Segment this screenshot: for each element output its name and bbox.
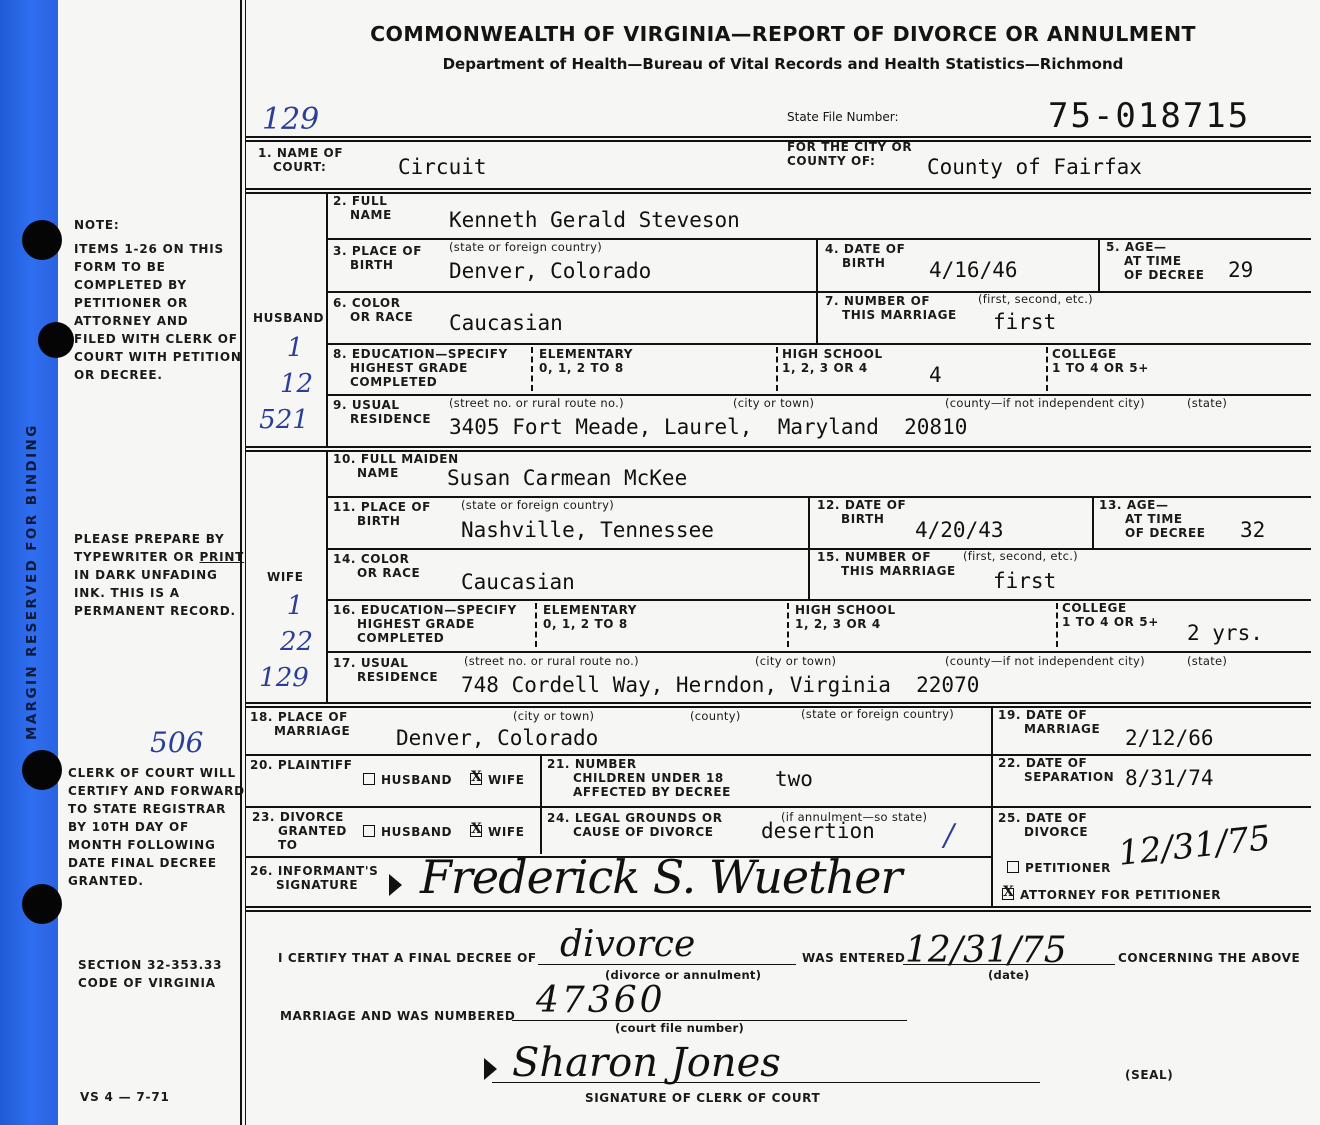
- label-line: MARRIAGE: [998, 722, 1100, 736]
- rule: [245, 754, 1311, 756]
- date-of-marriage-label: 19. DATE OF MARRIAGE: [998, 708, 1100, 736]
- divorce-date-value: 12/31/75: [1116, 818, 1272, 874]
- label-line: THIS MARRIAGE: [825, 308, 957, 322]
- dashed-divider: [787, 603, 789, 647]
- label-line: 10. FULL MAIDEN: [333, 452, 459, 466]
- label-line: THIS MARRIAGE: [817, 564, 956, 578]
- note-line: PERMANENT RECORD.: [74, 602, 244, 620]
- label-line: 12. DATE OF: [817, 498, 906, 512]
- col-divider: [1098, 238, 1100, 292]
- note-line: OR DECREE.: [74, 366, 242, 384]
- court-label: 1. NAME OF COURT:: [258, 146, 343, 174]
- label-line: OF DECREE: [1099, 526, 1206, 540]
- role-petitioner-option[interactable]: PETITIONER: [1007, 861, 1111, 875]
- note-line: COMPLETED BY: [74, 276, 242, 294]
- top-code-annotation: 129: [262, 102, 319, 137]
- wife-marriage-number-hint: (first, second, etc.): [963, 549, 1078, 563]
- residence-hint-street: (street no. or rural route no.): [464, 654, 639, 668]
- label-line: 1, 2, 3 OR 4: [795, 617, 896, 631]
- husband-birthplace-value: Denver, Colorado: [449, 259, 651, 283]
- entered-date-hint: (date): [988, 968, 1030, 982]
- rule: [326, 291, 1311, 293]
- role-petitioner-checkbox[interactable]: [1007, 861, 1019, 873]
- label-line: 24. LEGAL GROUNDS OR: [547, 811, 723, 825]
- label-line: DIVORCE: [998, 825, 1088, 839]
- plaintiff-wife-option[interactable]: WIFE: [470, 773, 525, 787]
- county-label: FOR THE CITY OR COUNTY OF:: [787, 140, 912, 168]
- col-divider: [540, 754, 542, 854]
- seal-label: (SEAL): [1125, 1068, 1173, 1082]
- option-label: WIFE: [488, 825, 525, 839]
- label-line: 21. NUMBER: [547, 757, 731, 771]
- form-code: VS 4 — 7-71: [80, 1088, 170, 1106]
- plaintiff-wife-checkbox[interactable]: [470, 773, 482, 785]
- residence-hint-state: (state): [1187, 396, 1227, 410]
- residence-hint-street: (street no. or rural route no.): [449, 396, 624, 410]
- husband-education-label: 8. EDUCATION—SPECIFY HIGHEST GRADE COMPL…: [333, 347, 508, 389]
- label-line: 25. DATE OF: [998, 811, 1088, 825]
- court-file-number-hint: (court file number): [615, 1021, 744, 1035]
- code: 22: [280, 624, 310, 660]
- plaintiff-label: 20. PLAINTIFF: [250, 758, 353, 772]
- marriage-hint-county: (county): [690, 709, 741, 723]
- label-line: BIRTH: [333, 258, 422, 272]
- signature-arrow-icon: [389, 874, 402, 896]
- option-label: PETITIONER: [1025, 861, 1111, 875]
- label-line: 1. NAME OF: [258, 146, 343, 160]
- label-line: 0, 1, 2 TO 8: [543, 617, 637, 631]
- label-line: HIGH SCHOOL: [782, 347, 883, 361]
- clerk-signature-label: SIGNATURE OF CLERK OF COURT: [585, 1091, 820, 1105]
- state-file-number: 75-018715: [1048, 96, 1250, 136]
- option-label: WIFE: [488, 773, 525, 787]
- label-line: 8. EDUCATION—SPECIFY: [333, 347, 508, 361]
- note-line: FILED WITH CLERK OF: [74, 330, 242, 348]
- label-line: BIRTH: [817, 512, 906, 526]
- col-divider: [1092, 496, 1094, 548]
- wife-marriage-number-value: first: [993, 569, 1056, 593]
- wife-dob-value: 4/20/43: [915, 518, 1004, 542]
- husband-race-label: 6. COLOR OR RACE: [333, 296, 413, 324]
- informant-signature[interactable]: Frederick S. Wuether: [420, 850, 901, 904]
- label-line: 15. NUMBER OF: [817, 550, 956, 564]
- note-line: ITEMS 1-26 ON THIS: [74, 240, 242, 258]
- dashed-divider: [535, 603, 537, 647]
- role-attorney-checkbox[interactable]: [1002, 888, 1014, 900]
- wife-dob-label: 12. DATE OF BIRTH: [817, 498, 906, 526]
- code: 1: [280, 330, 310, 366]
- label-line: OF DECREE: [1106, 268, 1205, 282]
- wife-birthplace-label: 11. PLACE OF BIRTH: [333, 500, 431, 528]
- husband-highschool-label: HIGH SCHOOL 1, 2, 3 OR 4: [782, 347, 883, 375]
- separation-label: 22. DATE OF SEPARATION: [998, 756, 1114, 784]
- label-line: RESIDENCE: [333, 670, 438, 684]
- county-value: County of Fairfax: [927, 155, 1142, 179]
- husband-birthplace-hint: (state or foreign country): [449, 240, 602, 254]
- label-line: 5. AGE—: [1106, 240, 1205, 254]
- husband-age-value: 29: [1228, 258, 1253, 282]
- note-line: BY 10TH DAY OF: [68, 818, 245, 836]
- rule: [245, 702, 1311, 708]
- wife-code-annotations: 1 22 129: [280, 588, 310, 696]
- label-line: OR RACE: [333, 566, 420, 580]
- wife-education-label: 16. EDUCATION—SPECIFY HIGHEST GRADE COMP…: [333, 603, 517, 645]
- label-line: 7. NUMBER OF: [825, 294, 957, 308]
- residence-hint-state: (state): [1187, 654, 1227, 668]
- punch-hole-icon: [22, 750, 62, 790]
- husband-code-annotations: 1 12 521: [280, 330, 310, 438]
- place-of-marriage-label: 18. PLACE OF MARRIAGE: [250, 710, 350, 738]
- label-line: AFFECTED BY DECREE: [547, 785, 731, 799]
- date-of-marriage-value: 2/12/66: [1125, 726, 1214, 750]
- note-line: TYPEWRITER OR: [74, 550, 194, 564]
- dashed-divider: [1046, 347, 1048, 391]
- wife-elementary-label: ELEMENTARY 0, 1, 2 TO 8: [543, 603, 637, 631]
- granted-to-label: 23. DIVORCE GRANTED TO: [252, 810, 347, 852]
- husband-residence-value: 3405 Fort Meade, Laurel, Maryland 20810: [449, 415, 967, 439]
- husband-name-label: 2. FULL NAME: [333, 194, 392, 222]
- husband-highschool-value: 4: [929, 363, 942, 387]
- note-line: SECTION 32-353.33: [78, 956, 222, 974]
- grounds-value: desertion: [761, 819, 875, 843]
- note-line: IN DARK UNFADING: [74, 566, 244, 584]
- binding-margin-label: MARGIN RESERVED FOR BINDING: [24, 423, 40, 740]
- wife-college-label: COLLEGE 1 TO 4 OR 5+: [1062, 601, 1159, 629]
- clerk-signature-arrow-icon: [484, 1058, 497, 1080]
- dashed-divider: [1056, 603, 1058, 647]
- option-label: HUSBAND: [381, 773, 452, 787]
- label-line: 9. USUAL: [333, 398, 431, 412]
- label-line: ELEMENTARY: [539, 347, 633, 361]
- punch-hole-icon: [38, 322, 74, 358]
- label-line: TO: [252, 838, 347, 852]
- code: 1: [280, 588, 310, 624]
- role-attorney-option[interactable]: ATTORNEY FOR PETITIONER: [1002, 888, 1221, 902]
- note-line: CODE OF VIRGINIA: [78, 974, 222, 992]
- certify-text-4: MARRIAGE AND WAS NUMBERED: [280, 1009, 515, 1023]
- husband-name-value: Kenneth Gerald Steveson: [449, 208, 740, 232]
- clerk-code-annotation: 506: [150, 726, 203, 759]
- plaintiff-husband-checkbox[interactable]: [363, 773, 375, 785]
- punch-hole-icon: [22, 884, 62, 924]
- dashed-divider: [531, 347, 533, 391]
- rule: [326, 599, 1311, 601]
- wife-age-label: 13. AGE— AT TIME OF DECREE: [1099, 498, 1206, 540]
- prepare-instructions: PLEASE PREPARE BY TYPEWRITER OR PRINT IN…: [74, 530, 244, 620]
- note-line: ATTORNEY AND: [74, 312, 242, 330]
- husband-college-label: COLLEGE 1 TO 4 OR 5+: [1052, 347, 1149, 375]
- punch-hole-icon: [22, 220, 62, 260]
- wife-race-label: 14. COLOR OR RACE: [333, 552, 420, 580]
- label-line: 18. PLACE OF: [250, 710, 350, 724]
- husband-elementary-label: ELEMENTARY 0, 1, 2 TO 8: [539, 347, 633, 375]
- label-line: NAME: [333, 466, 459, 480]
- rule: [245, 906, 1311, 912]
- label-line: SEPARATION: [998, 770, 1114, 784]
- plaintiff-husband-option[interactable]: HUSBAND: [363, 773, 452, 787]
- grounds-label: 24. LEGAL GROUNDS OR CAUSE OF DIVORCE: [547, 811, 723, 839]
- divorce-date-label: 25. DATE OF DIVORCE: [998, 811, 1088, 839]
- label-line: HIGH SCHOOL: [795, 603, 896, 617]
- label-line: 13. AGE—: [1099, 498, 1206, 512]
- label-line: BIRTH: [333, 514, 431, 528]
- note-line: PETITIONER OR: [74, 294, 242, 312]
- section-divider: [326, 450, 328, 704]
- entered-date-value[interactable]: 12/31/75: [905, 930, 1067, 971]
- husband-marriage-number-label: 7. NUMBER OF THIS MARRIAGE: [825, 294, 957, 322]
- dashed-divider: [776, 347, 778, 391]
- state-file-label: State File Number:: [787, 110, 899, 124]
- note-line: PLEASE PREPARE BY: [74, 530, 244, 548]
- label-line: COUNTY OF:: [787, 154, 912, 168]
- label-line: 1 TO 4 OR 5+: [1052, 361, 1149, 375]
- label-line: 0, 1, 2 TO 8: [539, 361, 633, 375]
- wife-residence-label: 17. USUAL RESIDENCE: [333, 656, 438, 684]
- wife-birthplace-value: Nashville, Tennessee: [461, 518, 714, 542]
- husband-dob-label: 4. DATE OF BIRTH: [825, 242, 905, 270]
- label-line: HIGHEST GRADE: [333, 361, 508, 375]
- label-line: 6. COLOR: [333, 296, 413, 310]
- note-line: TO STATE REGISTRAR: [68, 800, 245, 818]
- husband-section-label: HUSBAND: [253, 311, 324, 325]
- label-line: COLLEGE: [1052, 347, 1149, 361]
- rule: [245, 136, 1311, 142]
- husband-residence-label: 9. USUAL RESIDENCE: [333, 398, 431, 426]
- form-subtitle: Department of Health—Bureau of Vital Rec…: [246, 55, 1320, 73]
- label-line: SIGNATURE: [250, 878, 378, 892]
- rule: [326, 343, 1311, 345]
- residence-hint-city: (city or town): [733, 396, 814, 410]
- instructions-note: NOTE: ITEMS 1-26 ON THIS FORM TO BE COMP…: [74, 216, 242, 384]
- place-of-marriage-value: Denver, Colorado: [396, 726, 598, 750]
- marriage-hint-city: (city or town): [513, 709, 594, 723]
- label-line: NAME: [333, 208, 392, 222]
- section-reference: SECTION 32-353.33 CODE OF VIRGINIA: [78, 956, 222, 992]
- note-line: GRANTED.: [68, 872, 245, 890]
- label-line: 3. PLACE OF: [333, 244, 422, 258]
- label-line: COLLEGE: [1062, 601, 1159, 615]
- label-line: 4. DATE OF: [825, 242, 905, 256]
- label-line: COMPLETED: [333, 631, 517, 645]
- children-label: 21. NUMBER CHILDREN UNDER 18 AFFECTED BY…: [547, 757, 731, 799]
- label-line: 1 TO 4 OR 5+: [1062, 615, 1159, 629]
- label-line: CAUSE OF DIVORCE: [547, 825, 723, 839]
- frame-left-rule: [240, 0, 242, 1125]
- husband-age-label: 5. AGE— AT TIME OF DECREE: [1106, 240, 1205, 282]
- decree-type-value[interactable]: divorce: [560, 924, 695, 965]
- residence-hint-county: (county—if not independent city): [945, 654, 1145, 668]
- husband-marriage-number-hint: (first, second, etc.): [978, 292, 1093, 306]
- section-divider: [326, 192, 328, 446]
- label-line: 14. COLOR: [333, 552, 420, 566]
- label-line: GRANTED: [252, 824, 347, 838]
- wife-section-label: WIFE: [267, 570, 304, 584]
- certify-text-3: CONCERNING THE ABOVE: [1118, 951, 1300, 965]
- label-line: 22. DATE OF: [998, 756, 1114, 770]
- marriage-hint-state: (state or foreign country): [801, 707, 954, 721]
- granted-wife-checkbox[interactable]: [470, 825, 482, 837]
- note-line: MONTH FOLLOWING: [68, 836, 245, 854]
- label-line: CHILDREN UNDER 18: [547, 771, 731, 785]
- granted-husband-option[interactable]: HUSBAND: [363, 825, 452, 839]
- rule: [245, 806, 1311, 808]
- note-line: DATE FINAL DECREE: [68, 854, 245, 872]
- granted-husband-checkbox[interactable]: [363, 825, 375, 837]
- code: 129: [258, 660, 310, 696]
- wife-age-value: 32: [1240, 518, 1265, 542]
- note-title: NOTE:: [74, 216, 242, 234]
- wife-name-value: Susan Carmean McKee: [447, 466, 687, 490]
- note-line: CERTIFY AND FORWARD: [68, 782, 245, 800]
- court-file-number-value[interactable]: 47360: [536, 980, 666, 1021]
- separation-value: 8/31/74: [1125, 766, 1214, 790]
- label-line: ELEMENTARY: [543, 603, 637, 617]
- label-line: BIRTH: [825, 256, 905, 270]
- husband-dob-value: 4/16/46: [929, 258, 1018, 282]
- label-line: 23. DIVORCE: [252, 810, 347, 824]
- label-line: 16. EDUCATION—SPECIFY: [333, 603, 517, 617]
- form-title: COMMONWEALTH OF VIRGINIA—REPORT OF DIVOR…: [246, 22, 1320, 46]
- label-line: COURT:: [258, 160, 343, 174]
- frame-left-rule-inner: [245, 0, 246, 1125]
- wife-marriage-number-label: 15. NUMBER OF THIS MARRIAGE: [817, 550, 956, 578]
- label-line: 17. USUAL: [333, 656, 438, 670]
- husband-birthplace-label: 3. PLACE OF BIRTH: [333, 244, 422, 272]
- rule: [245, 188, 1311, 194]
- label-line: HIGHEST GRADE: [333, 617, 517, 631]
- label-line: OR RACE: [333, 310, 413, 324]
- certify-text-1: I CERTIFY THAT A FINAL DECREE OF: [278, 951, 537, 965]
- children-value: two: [775, 767, 813, 791]
- label-line: 1, 2, 3 OR 4: [782, 361, 883, 375]
- label-line: 26. INFORMANT'S: [250, 864, 378, 878]
- code: 12: [280, 366, 310, 402]
- informant-label: 26. INFORMANT'S SIGNATURE: [250, 864, 378, 892]
- label-line: AT TIME: [1106, 254, 1205, 268]
- clerk-instructions: CLERK OF COURT WILL CERTIFY AND FORWARD …: [68, 764, 245, 890]
- note-line: INK. THIS IS A: [74, 584, 244, 602]
- label-line: MARRIAGE: [250, 724, 350, 738]
- label-line: AT TIME: [1099, 512, 1206, 526]
- wife-race-value: Caucasian: [461, 570, 575, 594]
- note-line: COURT WITH PETITION: [74, 348, 242, 366]
- option-label: ATTORNEY FOR PETITIONER: [1020, 888, 1221, 902]
- rule: [326, 651, 1311, 653]
- label-line: 11. PLACE OF: [333, 500, 431, 514]
- wife-name-label: 10. FULL MAIDEN NAME: [333, 452, 459, 480]
- note-line: CLERK OF COURT WILL: [68, 764, 245, 782]
- label-line: FOR THE CITY OR: [787, 140, 912, 154]
- wife-birthplace-hint: (state or foreign country): [461, 498, 614, 512]
- husband-race-value: Caucasian: [449, 311, 563, 335]
- grounds-check-mark: /: [944, 818, 954, 853]
- wife-highschool-label: HIGH SCHOOL 1, 2, 3 OR 4: [795, 603, 896, 631]
- husband-marriage-number-value: first: [993, 310, 1056, 334]
- certify-text-2: WAS ENTERED: [802, 951, 905, 965]
- option-label: HUSBAND: [381, 825, 452, 839]
- label-line: COMPLETED: [333, 375, 508, 389]
- granted-wife-option[interactable]: WIFE: [470, 825, 525, 839]
- wife-college-value: 2 yrs.: [1187, 621, 1263, 645]
- wife-residence-value: 748 Cordell Way, Herndon, Virginia 22070: [461, 673, 979, 697]
- code: 521: [258, 402, 310, 438]
- residence-hint-city: (city or town): [755, 654, 836, 668]
- clerk-signature[interactable]: Sharon Jones: [512, 1040, 781, 1086]
- court-name-value: Circuit: [398, 155, 487, 179]
- note-line-underlined: PRINT: [199, 550, 244, 564]
- label-line: 19. DATE OF: [998, 708, 1100, 722]
- residence-hint-county: (county—if not independent city): [945, 396, 1145, 410]
- label-line: RESIDENCE: [333, 412, 431, 426]
- label-line: 2. FULL: [333, 194, 392, 208]
- note-line: FORM TO BE: [74, 258, 242, 276]
